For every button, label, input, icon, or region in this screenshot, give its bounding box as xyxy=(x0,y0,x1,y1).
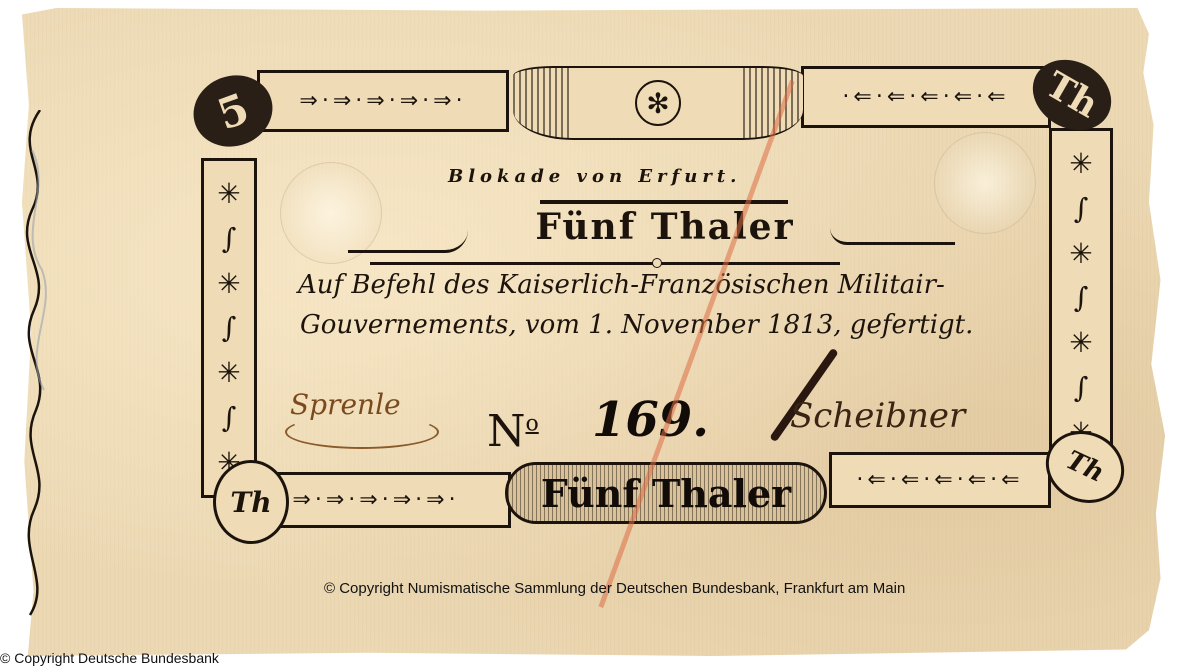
number-label-o: o xyxy=(526,411,539,436)
ornament-band-bottom-right: ·⇐·⇐·⇐·⇐·⇐ xyxy=(829,452,1051,508)
vertical-ornament: ✳∫✳∫✳∫✳ xyxy=(1052,141,1110,455)
ornament-band-left: ✳∫✳∫✳∫✳ xyxy=(201,158,257,498)
vertical-ornament-glyph: ✳ xyxy=(1069,326,1092,359)
serial-number: 169. xyxy=(592,392,709,448)
vertical-ornament-glyph: ✳ xyxy=(217,267,240,300)
copyright-caption-main: © Copyright Numismatische Sammlung der D… xyxy=(324,580,905,597)
denomination-cartouche: Fünf Thaler xyxy=(505,462,827,524)
ornament-band-top-left: ⇒·⇒·⇒·⇒·⇒· xyxy=(257,70,509,132)
decree-text-line-2: Gouvernements, vom 1. November 1813, gef… xyxy=(300,310,973,340)
copyright-caption-corner: © Copyright Deutsche Bundesbank xyxy=(0,650,219,666)
vertical-ornament-glyph: ∫ xyxy=(1074,192,1089,225)
ornament-pattern: ·⇐·⇐·⇐·⇐·⇐ xyxy=(814,85,1038,110)
vertical-ornament-glyph: ✳ xyxy=(217,356,240,389)
number-label-n: N xyxy=(487,406,526,457)
ornament-band-right: ✳∫✳∫✳∫✳ xyxy=(1049,128,1113,468)
vertical-ornament-glyph: ∫ xyxy=(222,222,237,255)
vertical-ornament-glyph: ∫ xyxy=(222,401,237,434)
title-rule-bottom xyxy=(370,262,840,265)
signature-right: Scheibner xyxy=(790,396,965,436)
number-label: No xyxy=(487,406,539,457)
title-rule-dot xyxy=(652,258,662,268)
ornament-pattern: ⇒·⇒·⇒·⇒·⇒· xyxy=(254,488,498,513)
vertical-ornament-glyph: ✳ xyxy=(217,177,240,210)
vertical-ornament-glyph: ✳ xyxy=(1069,147,1092,180)
embossed-seal-right xyxy=(934,132,1036,234)
vertical-ornament: ✳∫✳∫✳∫✳ xyxy=(204,171,254,485)
title-swash-right xyxy=(830,228,955,245)
vertical-ornament-glyph: ✳ xyxy=(1069,237,1092,270)
vertical-ornament-glyph: ∫ xyxy=(1074,371,1089,404)
vertical-ornament-glyph: ∫ xyxy=(222,311,237,344)
header-blockade: Blokade von Erfurt. xyxy=(448,166,838,187)
ornament-band-top-right: ·⇐·⇐·⇐·⇐·⇐ xyxy=(801,66,1051,128)
rosette-icon: ✻ xyxy=(635,80,681,126)
decree-text-line-1: Auf Befehl des Kaiserlich-Französischen … xyxy=(298,270,945,300)
title-swash-left xyxy=(348,230,468,253)
vertical-ornament-glyph: ∫ xyxy=(1074,281,1089,314)
ornament-pattern: ⇒·⇒·⇒·⇒·⇒· xyxy=(270,89,496,114)
denomination-title: Fünf Thaler xyxy=(480,206,850,248)
corner-th-bottom-left: Th xyxy=(213,460,289,544)
signature-left-flourish xyxy=(285,415,439,449)
left-edge-flourish xyxy=(22,110,52,620)
ornament-pattern: ·⇐·⇐·⇐·⇐·⇐ xyxy=(842,468,1038,493)
top-center-ornament: ✻ xyxy=(513,66,803,140)
